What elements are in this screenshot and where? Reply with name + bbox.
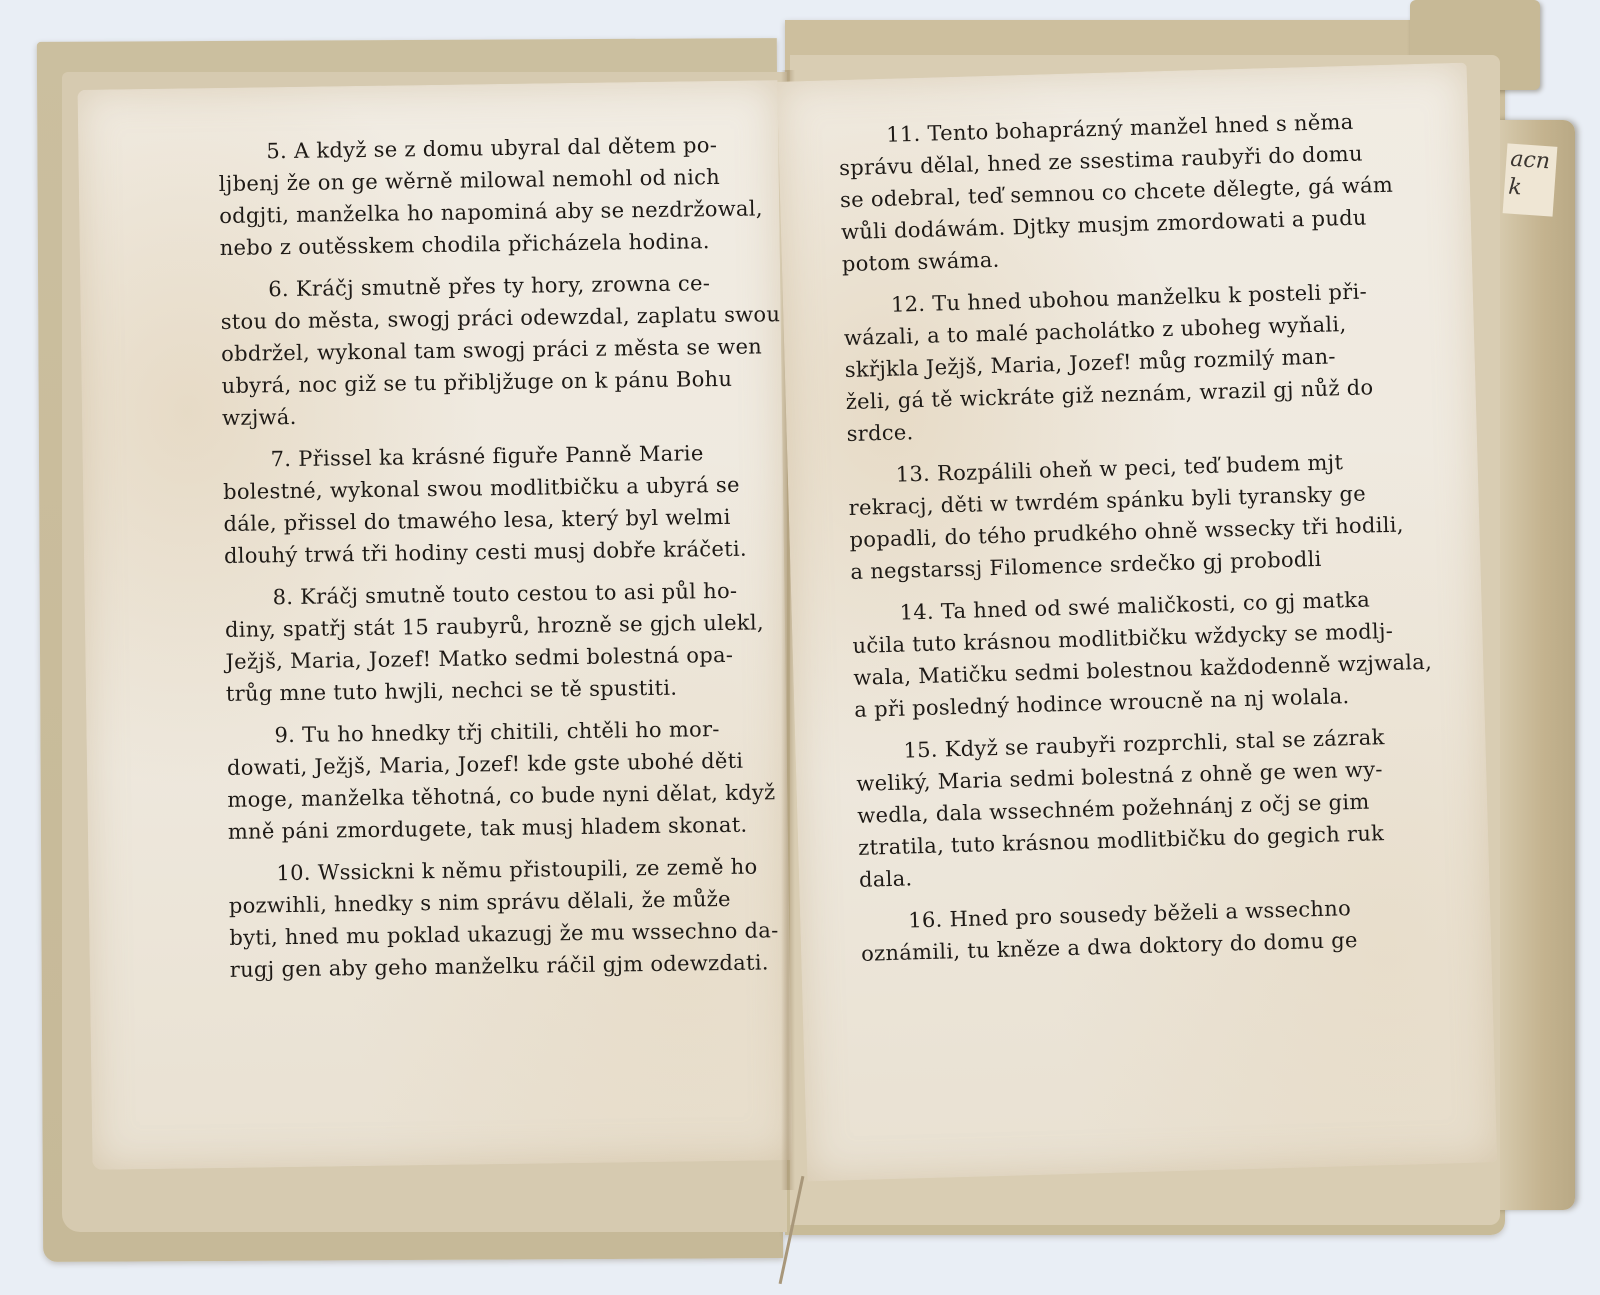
text-line: trůg mne tuto hwjli, nechci se tě spusti… <box>226 671 726 710</box>
paragraph-5: 5. A když se z domu ubyral dal dětem po-… <box>218 129 720 264</box>
paragraph-11: 11. Tento bohaprázný manžel hned s něma … <box>838 106 1362 280</box>
text-line: mně páni zmordugete, tak musj hladem sko… <box>228 809 728 848</box>
paragraph-10: 10. Wssickni k němu přistoupili, ze země… <box>228 851 730 986</box>
page-edge-stack <box>1495 120 1575 1210</box>
text-line: nebo z outěsskem chodila přicházela hodi… <box>219 225 719 264</box>
paragraph-12: 12. Tu hned ubohou manželku k posteli př… <box>843 276 1367 450</box>
text-line: rugj gen aby geho manželku ráčil gjm ode… <box>230 947 730 986</box>
paragraph-7: 7. Přissel ka krásné figuře Panně Marie … <box>222 437 724 572</box>
paragraph-15: 15. Když se raubyři rozprchli, stal se z… <box>855 721 1379 895</box>
left-page: 5. A když se z domu ubyral dal dětem po-… <box>77 80 792 1170</box>
paragraph-14: 14. Ta hned od swé maličkosti, co gj mat… <box>851 583 1374 725</box>
text-line: dlouhý trwá tři hodiny cesti musj dobře … <box>224 533 724 572</box>
paragraph-6: 6. Kráčj smutně přes ty hory, zrowna ce-… <box>220 267 722 434</box>
right-page-text: 11. Tento bohaprázný manžel hned s něma … <box>838 106 1382 980</box>
paragraph-13: 13. Rozpálili oheň w peci, teď budem mjt… <box>847 446 1370 588</box>
paragraph-16: 16. Hned pro sousedy běželi a wssechno o… <box>860 891 1382 969</box>
right-page: 11. Tento bohaprázný manžel hned s něma … <box>777 63 1497 1182</box>
handwritten-label: acn k <box>1503 143 1558 216</box>
paragraph-9: 9. Tu ho hnedky třj chitili, chtěli ho m… <box>226 713 728 848</box>
left-page-text: 5. A když se z domu ubyral dal dětem po-… <box>218 129 730 996</box>
book-scan: acn k 5. A když se z domu ubyral dal dět… <box>0 0 1600 1295</box>
paragraph-8: 8. Kráčj smutně touto cestou to asi půl … <box>224 575 726 710</box>
